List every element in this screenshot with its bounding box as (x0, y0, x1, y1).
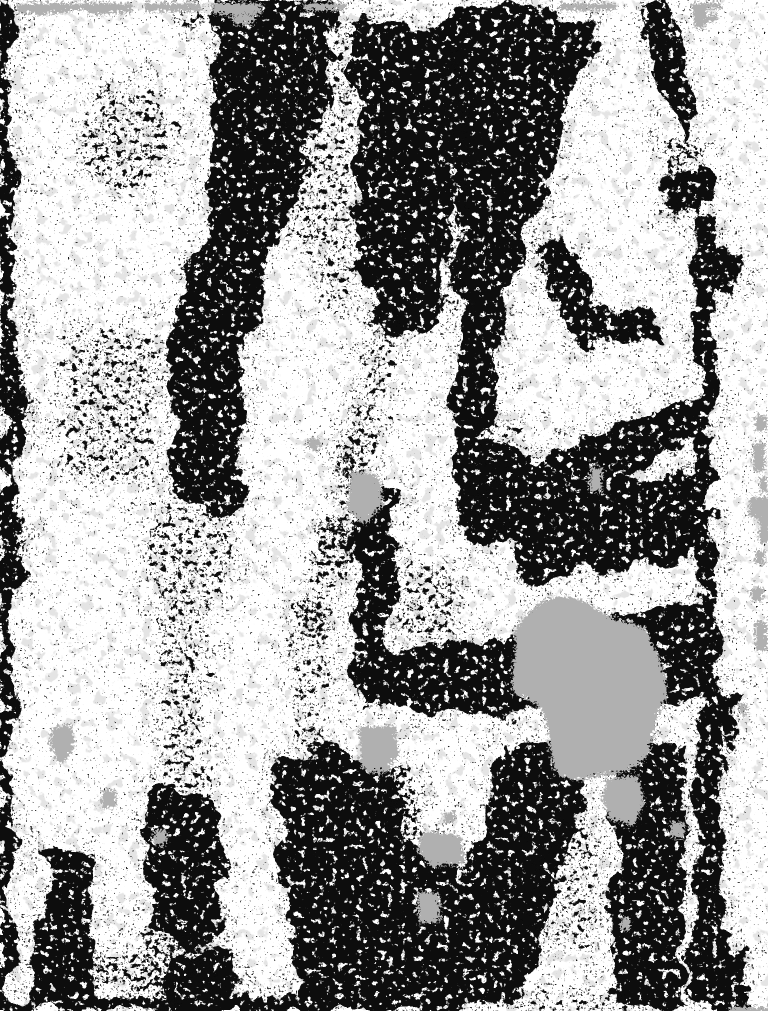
rubbing-image (0, 0, 768, 1011)
top-strip-gray-4 (228, 12, 252, 22)
gray-chip-lower-left-1 (98, 786, 114, 806)
right-edge-dash-6 (752, 618, 764, 648)
gray-chip-stream (440, 808, 452, 821)
right-edge-dash-2 (750, 440, 762, 468)
top-gray-dash-right (556, 0, 614, 8)
bottom-right-gray-sliver (726, 1004, 768, 1011)
gray-chip-lower-left-2 (150, 826, 164, 844)
right-edge-dash-4 (752, 548, 762, 562)
right-edge-dash-5 (748, 584, 760, 598)
top-strip-gray-2 (140, 0, 200, 9)
rubbing-canvas (0, 0, 768, 1011)
right-edge-dash-1 (752, 412, 764, 428)
right-edge-dash-7 (736, 700, 744, 712)
gray-chip-right-mid (666, 818, 682, 836)
gray-chip-center (586, 464, 600, 490)
gray-chip-left-mid (304, 434, 318, 448)
top-strip-gray-5 (300, 0, 344, 8)
top-strip-gray-3 (208, 0, 260, 12)
right-edge-dash-3 (756, 474, 764, 489)
gray-chip-stream-2 (616, 914, 628, 928)
gray-chip-lower-center (414, 888, 438, 920)
